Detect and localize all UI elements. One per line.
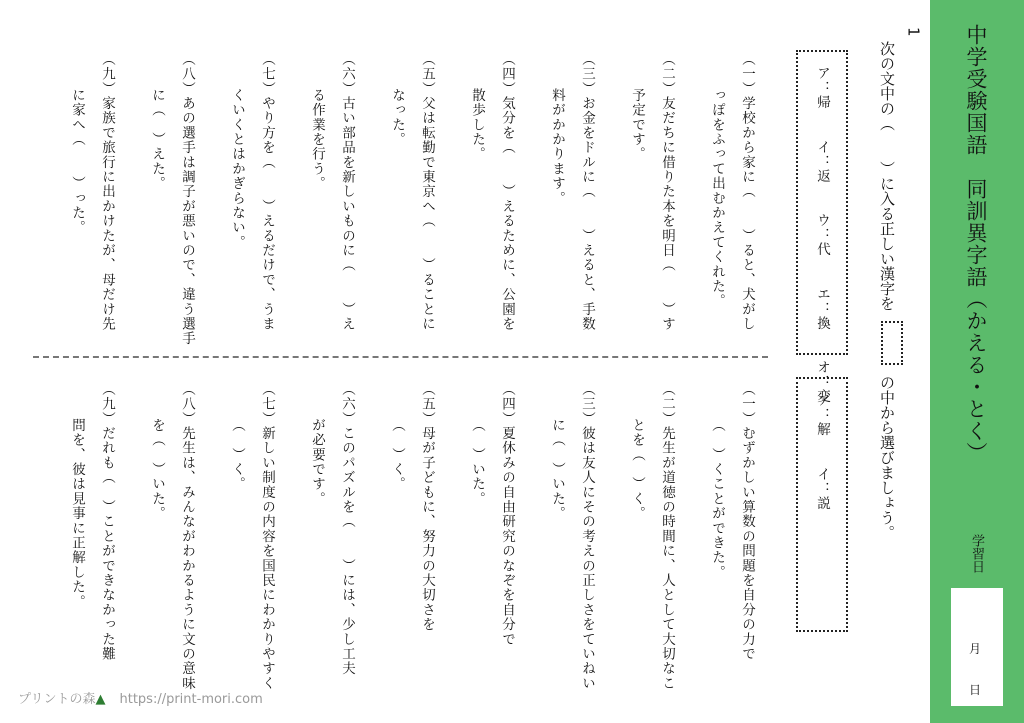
tree-icon: ▲ — [95, 692, 105, 707]
question-kaeru-8: （八）あの選手は調子が悪いので、違う選手に（ ）えた。 — [142, 52, 202, 346]
instruction-text-before: 次の文中の（ ）に入る正しい漢字を — [878, 41, 896, 311]
brand-name: プリントの森 — [18, 692, 95, 707]
question-toku-8: （八）先生は、みんながわかるように文の意味を（ ）いた。 — [142, 382, 202, 691]
question-toku-7: （七）新しい制度の内容を国民にわかりやすく（ ）く。 — [222, 382, 282, 691]
question-kaeru-7: （七）やり方を（ ）えるだけで、うまくいくとはかぎらない。 — [222, 52, 282, 331]
question-number: 1 — [903, 27, 925, 540]
choice-box-kaeru: ア：帰イ：返ウ：代エ：換オ：変 — [796, 50, 848, 355]
instruction: 1次の文中の（ ）に入る正しい漢字をの中から選びましょう。 — [876, 27, 925, 540]
question-kaeru-9: （九）家族で旅行に出かけたが、母だけ先に家へ（ ）った。 — [62, 52, 122, 331]
choice-box-toku: ア：解イ：説 — [796, 377, 848, 632]
study-date-label: 学習日 — [966, 534, 986, 573]
question-toku-4: （四）夏休みの自由研究のなぞを自分で（ ）いた。 — [462, 382, 522, 647]
question-kaeru-2: （二）友だちに借りた本を明日（ ）す予定です。 — [622, 52, 682, 331]
choice-option: ウ：代 — [814, 213, 830, 257]
question-toku-2: （二）先生が道徳の時間に、人として大切なことを（ ）く。 — [622, 382, 682, 691]
month-label: 月 — [969, 640, 981, 657]
section-divider — [33, 356, 768, 358]
question-kaeru-4: （四）気分を（ ）えるために、公園を散歩した。 — [462, 52, 522, 331]
question-toku-9: （九）だれも（ ）ことができなかった難問を、彼は見事に正解した。 — [62, 382, 122, 661]
question-toku-1: （一）むずかしい算数の問題を自分の力で（ ）くことができた。 — [702, 382, 762, 661]
question-toku-6: （六）このパズルを（ ）には、少し工夫が必要です。 — [302, 382, 362, 676]
choice-option: ア：帰 — [814, 66, 830, 110]
question-kaeru-1: （一）学校から家に（ ）ると、犬がしっぽをふって出むかえてくれた。 — [702, 52, 762, 331]
choice-option: イ：説 — [814, 467, 830, 511]
site-url-link[interactable]: https://print-mori.com — [119, 692, 262, 707]
instruction-text-after: の中から選びましょう。 — [878, 375, 896, 540]
question-toku-3: （三）彼は友人にその考えの正しさをていねいに（ ）いた。 — [542, 382, 602, 691]
question-kaeru-3: （三）お金をドルに（ ）えると、手数料がかかります。 — [542, 52, 602, 331]
choice-option: イ：返 — [814, 140, 830, 184]
choice-option: エ：換 — [814, 287, 830, 331]
choice-box-symbol — [881, 321, 903, 365]
worksheet-title: 中学受験国語 同訓異字語（かえる・とく） — [958, 24, 994, 464]
question-kaeru-6: （六）古い部品を新しいものに（ ）える作業を行う。 — [302, 52, 362, 331]
footer: プリントの森▲https://print-mori.com — [18, 688, 263, 707]
question-kaeru-5: （五）父は転勤で東京へ（ ）ることになった。 — [382, 52, 442, 331]
choice-option: ア：解 — [814, 393, 830, 437]
question-toku-5: （五）母が子どもに、努力の大切さを（ ）く。 — [382, 382, 442, 632]
day-label: 日 — [969, 681, 981, 698]
